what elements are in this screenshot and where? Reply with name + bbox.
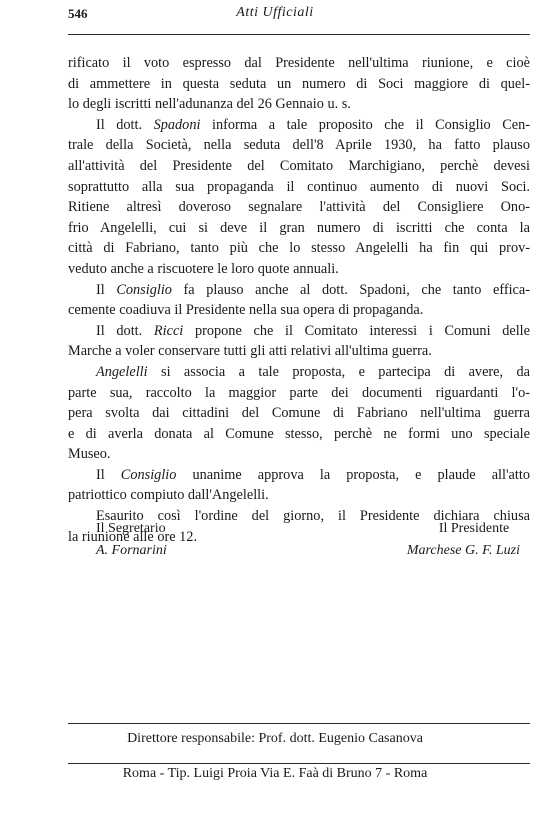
text-line: all'attività del Presidente del Comitato… [68, 156, 530, 177]
text-line: città di Fabriano, tanto più che lo stes… [68, 238, 530, 259]
text-line: cemente coadiuva il Presidente nella sua… [68, 300, 530, 321]
text-line: di ammettere in questa seduta un numero … [68, 74, 530, 95]
text-line: Il Consiglio unanime approva la proposta… [68, 465, 530, 486]
printer-line: Roma - Tip. Luigi Proia Via E. Faà di Br… [0, 766, 550, 782]
president-signature: Il Presidente Marchese G. F. Luzi [407, 518, 520, 562]
text-line: rificato il voto espresso dal Presidente… [68, 53, 530, 74]
text-line: Angelelli si associa a tale proposta, e … [68, 362, 530, 383]
president-name: Marchese G. F. Luzi [407, 540, 520, 562]
director-line: Direttore responsabile: Prof. dott. Euge… [0, 731, 550, 747]
italic-name: Spadoni [154, 117, 201, 133]
text-line: e di averla donata al Comune stesso, per… [68, 424, 530, 445]
paragraph: Il Consiglio unanime approva la proposta… [68, 465, 530, 506]
paragraph: Il dott. Spadoni informa a tale proposit… [68, 115, 530, 280]
text-line: frio Angelelli, cui si deve il gran nume… [68, 218, 530, 239]
president-title: Il Presidente [407, 518, 520, 540]
footer-rule-top [68, 723, 530, 724]
text-line: pera svolta dai cittadini del Comune di … [68, 403, 530, 424]
footer-rule-bottom [68, 763, 530, 764]
paragraph: Il dott. Ricci propone che il Comitato i… [68, 321, 530, 362]
paragraph: Il Consiglio fa plauso anche al dott. Sp… [68, 280, 530, 321]
text-line: Museo. [68, 444, 530, 465]
text-line: Il dott. Spadoni informa a tale proposit… [68, 115, 530, 136]
italic-name: Consiglio [121, 467, 177, 483]
text-line: Marche a voler conservare tutti gli atti… [68, 341, 530, 362]
text-line: Il Consiglio fa plauso anche al dott. Sp… [68, 280, 530, 301]
text-line: parte sua, raccolto la maggior parte dei… [68, 383, 530, 404]
italic-name: Ricci [154, 323, 183, 339]
body-text: rificato il voto espresso dal Presidente… [68, 53, 530, 547]
italic-name: Consiglio [116, 282, 172, 298]
secretary-title: Il Segretario [96, 518, 167, 540]
text-line: veduto anche a riscuotere le loro quote … [68, 259, 530, 280]
text-line: Ritiene altresì doveroso segnalare l'att… [68, 197, 530, 218]
text-line: trale della Società, nella seduta dell'8… [68, 135, 530, 156]
text-line: soprattutto alla sua propaganda il conti… [68, 177, 530, 198]
text-line: patriottico compiuto dall'Angelelli. [68, 485, 530, 506]
running-title: Atti Ufficiali [0, 5, 550, 21]
header-rule [68, 34, 530, 35]
secretary-name: A. Fornarini [96, 540, 167, 562]
text-line: lo degli iscritti nell'adunanza del 26 G… [68, 94, 530, 115]
italic-name: Angelelli [96, 364, 148, 380]
text-line: Il dott. Ricci propone che il Comitato i… [68, 321, 530, 342]
secretary-signature: Il Segretario A. Fornarini [96, 518, 167, 562]
paragraph: rificato il voto espresso dal Presidente… [68, 53, 530, 115]
paragraph: Angelelli si associa a tale proposta, e … [68, 362, 530, 465]
